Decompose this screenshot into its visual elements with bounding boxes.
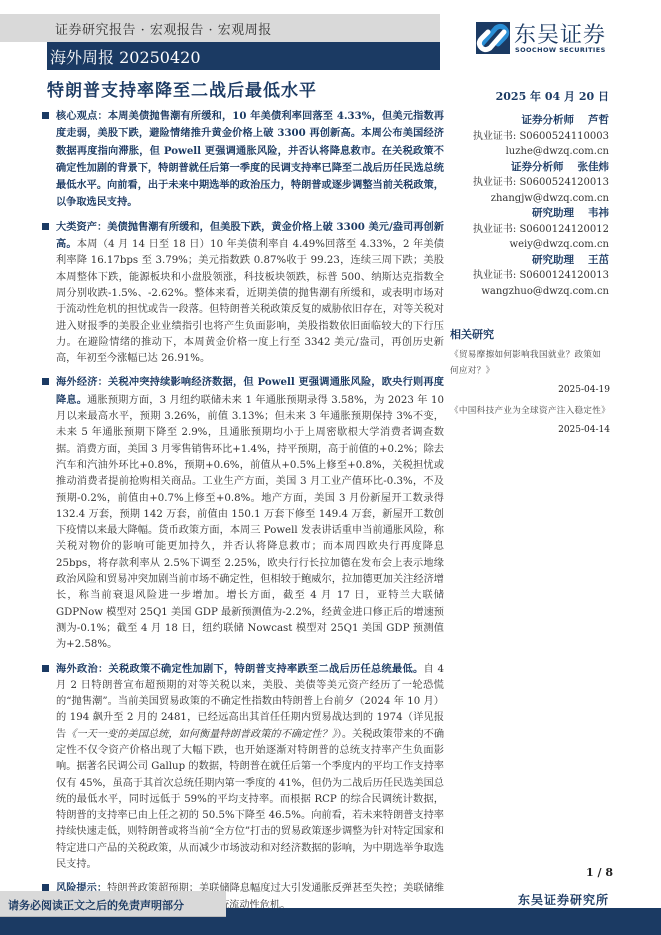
square-bullet-icon xyxy=(42,378,49,385)
bullet-text: 本周（4 月 14 日至 18 日）10 年美债利率自 4.49%回落至 4.3… xyxy=(56,239,444,364)
bullet-overseas-politics: 海外政治：关税政策不确定性加剧下，特朗普支持率跌至二战后历任总统最低。自 4 月… xyxy=(42,661,444,874)
bullet-core-view: 核心观点：本周美债抛售潮有所缓和，10 年美债利率回落至 4.33%，但美元指数… xyxy=(42,108,444,212)
related-report-date: 2025-04-14 xyxy=(450,425,610,435)
report-summary: 核心观点：本周美债抛售潮有所缓和，10 年美债利率回落至 4.33%，但美元指数… xyxy=(42,108,444,921)
cert-number: S0600524110003 xyxy=(519,131,609,142)
bullet-bold-text: 关税政策不确定性加剧下，特朗普支持率跌至二战后历任总统最低。 xyxy=(109,663,424,675)
author-role: 证券分析师 xyxy=(522,114,575,126)
breadcrumb: 证券研究报告 · 宏观报告 · 宏观周报 xyxy=(55,19,272,38)
company-logo: 东吴证券 SOOCHOW SECURITIES xyxy=(476,18,616,58)
bullet-asset-classes: 大类资产：美债抛售潮有所缓和，但美股下跌，黄金价格上破 3300 美元/盎司再创… xyxy=(42,219,444,368)
square-bullet-icon xyxy=(42,112,49,119)
cert-label: 执业证书: xyxy=(473,224,516,235)
soochow-logo-icon xyxy=(476,22,510,54)
bullet-label: 海外经济： xyxy=(56,376,108,388)
bullet-label: 海外政治： xyxy=(56,663,109,675)
author-name: 王茁 xyxy=(588,254,609,266)
author-name: 张佳炜 xyxy=(578,161,610,173)
page-number: 1 / 8 xyxy=(586,866,613,879)
author-role: 研究助理 xyxy=(532,254,574,266)
bullet-bold-text: 本周美债抛售潮有所缓和，10 年美债利率回落至 4.33%，但美元指数再度走弱，… xyxy=(56,110,444,208)
report-date: 2025 年 04 月 20 日 xyxy=(496,88,609,104)
cert-label: 执业证书: xyxy=(473,270,516,281)
bullet-label: 核心观点： xyxy=(56,110,108,122)
bullet-label: 大类资产： xyxy=(56,221,107,233)
related-research: 相关研究 《贸易摩擦如何影响我国就业？政策如何应对？》 2025-04-19 《… xyxy=(450,326,610,443)
cert-number: S0600524120013 xyxy=(519,177,609,188)
related-research-title: 相关研究 xyxy=(450,326,610,342)
bullet-text: 通胀预期方面，3 月纽约联储未来 1 年通胀预期录得 3.58%，为 2023 … xyxy=(56,395,444,650)
cert-label: 执业证书: xyxy=(473,177,516,188)
related-report-date: 2025-04-19 xyxy=(450,385,610,395)
cert-label: 执业证书: xyxy=(473,131,516,142)
bullet-overseas-economy: 海外经济：关税冲突持续影响经济数据，但 Powell 更强调通胀风险，欧央行则再… xyxy=(42,374,444,653)
logo-text-en: SOOCHOW SECURITIES xyxy=(515,46,606,54)
cited-report-link[interactable]: 《一天一变的美国总统，如何衡量特朗普政策的不确定性？》 xyxy=(66,729,337,740)
bullet-text: ）。关税政策带来的不确定性不仅令资产价格出现了大幅下跌，也开始逐渐对特朗普的总统… xyxy=(56,729,444,870)
cert-number: S0600124120012 xyxy=(519,224,609,235)
cert-number: S0600124120013 xyxy=(519,270,609,281)
disclaimer-note: 请务必阅读正文之后的免责声明部分 xyxy=(8,897,184,913)
related-report-link[interactable]: 《贸易摩擦如何影响我国就业？政策如何应对？》 xyxy=(450,347,610,379)
author-role: 证券分析师 xyxy=(511,161,564,173)
square-bullet-icon xyxy=(42,665,49,672)
related-report-link[interactable]: 《中国科技产业为全球资产注入稳定性》 xyxy=(450,403,610,419)
author-name: 芦哲 xyxy=(588,114,609,126)
author-role: 研究助理 xyxy=(532,207,574,219)
author-name: 韦祎 xyxy=(588,207,609,219)
logo-text-cn: 东吴证券 xyxy=(514,18,606,49)
series-title: 海外周报 20250420 xyxy=(50,45,201,68)
footer-org: 东吴证券研究所 xyxy=(518,891,609,908)
page-title: 特朗普支持率降至二战后最低水平 xyxy=(47,76,317,101)
square-bullet-icon xyxy=(42,223,49,230)
